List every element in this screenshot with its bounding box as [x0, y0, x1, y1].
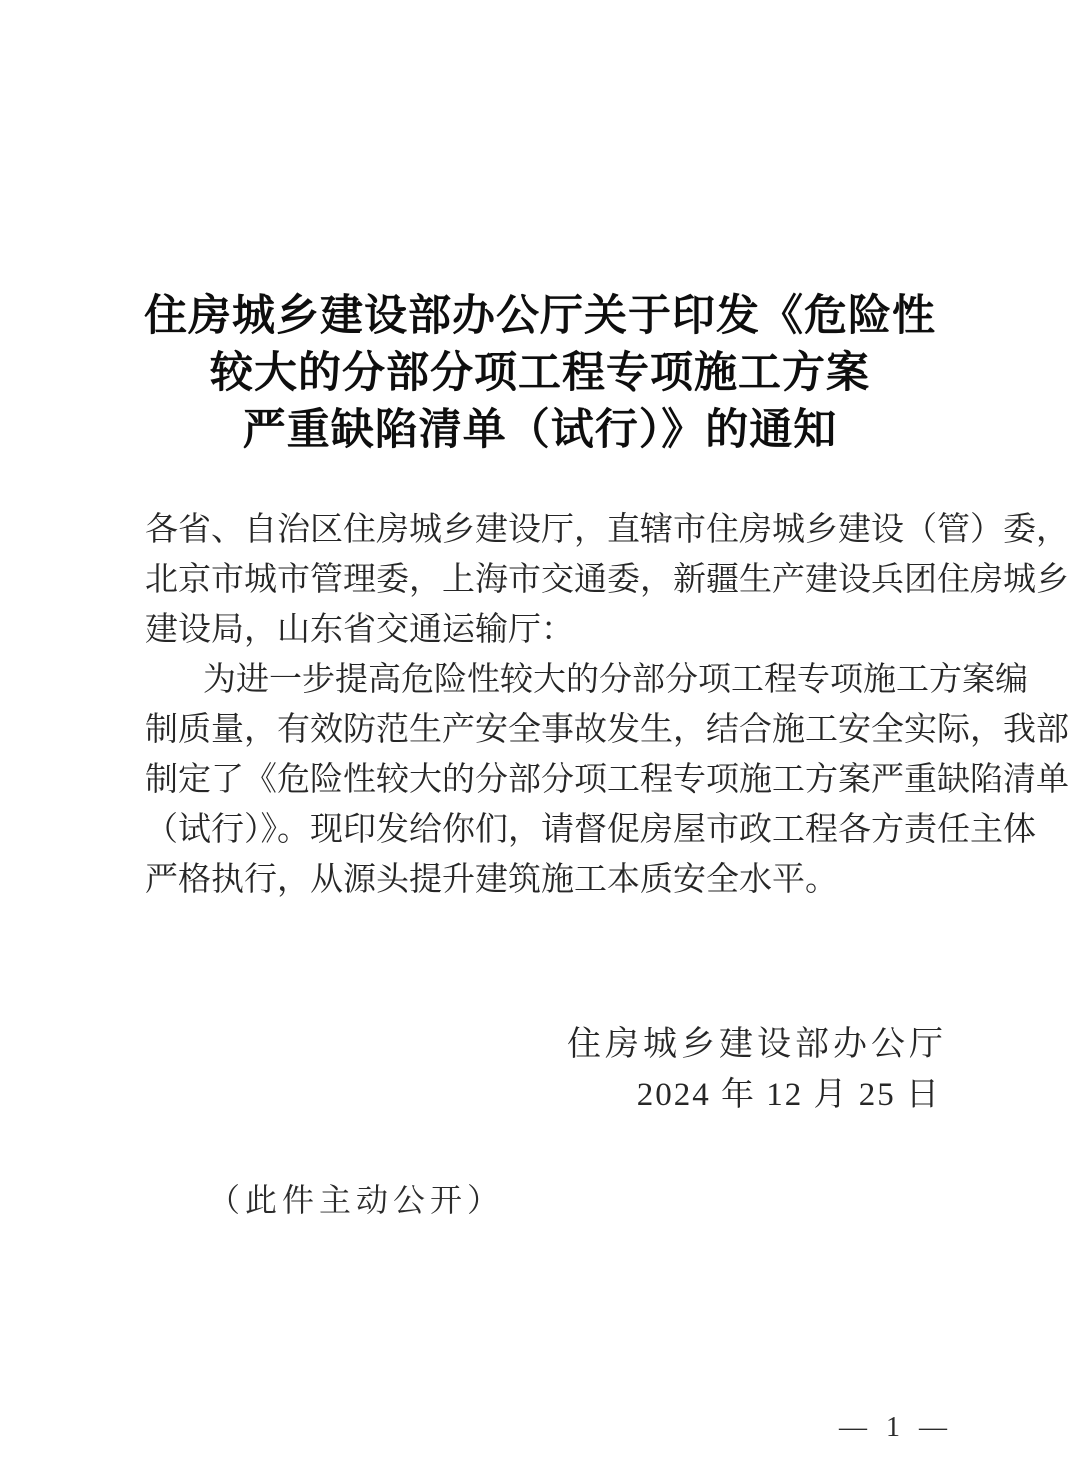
- signature-date: 2024 年 12 月 25 日: [0, 1070, 941, 1120]
- paragraph-line-5: 严格执行，从源头提升建筑施工本质安全水平。: [145, 855, 960, 905]
- salutation-paragraph: 各省、自治区住房城乡建设厅，直辖市住房城乡建设（管）委， 北京市城市管理委，上海…: [145, 505, 960, 655]
- paragraph-line-3: 制定了《危险性较大的分部分项工程专项施工方案严重缺陷清单: [145, 755, 960, 805]
- paragraph-line-2: 制质量，有效防范生产安全事故发生，结合施工安全实际，我部: [145, 705, 960, 755]
- document-page: 住房城乡建设部办公厅关于印发《危险性 较大的分部分项工程专项施工方案 严重缺陷清…: [0, 0, 1080, 1458]
- paragraph-line-4: （试行）》。现印发给你们，请督促房屋市政工程各方责任主体: [145, 805, 960, 855]
- document-title-line-1: 住房城乡建设部办公厅关于印发《危险性: [0, 288, 1080, 345]
- main-paragraph: 为进一步提高危险性较大的分部分项工程专项施工方案编 制质量，有效防范生产安全事故…: [145, 655, 960, 905]
- disclosure-note: （此件主动公开）: [208, 1178, 1080, 1222]
- salutation-line-1: 各省、自治区住房城乡建设厅，直辖市住房城乡建设（管）委，: [145, 505, 960, 555]
- salutation-line-2: 北京市城市管理委，上海市交通委，新疆生产建设兵团住房城乡: [145, 555, 960, 605]
- footer-note-block: （此件主动公开）: [0, 1178, 1080, 1222]
- document-body: 各省、自治区住房城乡建设厅，直辖市住房城乡建设（管）委， 北京市城市管理委，上海…: [0, 505, 1080, 905]
- document-title-line-2: 较大的分部分项工程专项施工方案: [0, 345, 1080, 402]
- page-number: — 1 —: [839, 1412, 953, 1444]
- document-title-line-3: 严重缺陷清单（试行）》的通知: [0, 402, 1080, 459]
- signature-issuer: 住房城乡建设部办公厅: [0, 1020, 947, 1070]
- salutation-line-3: 建设局，山东省交通运输厅：: [145, 605, 960, 655]
- document-title: 住房城乡建设部办公厅关于印发《危险性 较大的分部分项工程专项施工方案 严重缺陷清…: [0, 0, 1080, 459]
- signature-block: 住房城乡建设部办公厅 2024 年 12 月 25 日: [0, 1020, 1080, 1120]
- paragraph-line-1: 为进一步提高危险性较大的分部分项工程专项施工方案编: [145, 655, 960, 705]
